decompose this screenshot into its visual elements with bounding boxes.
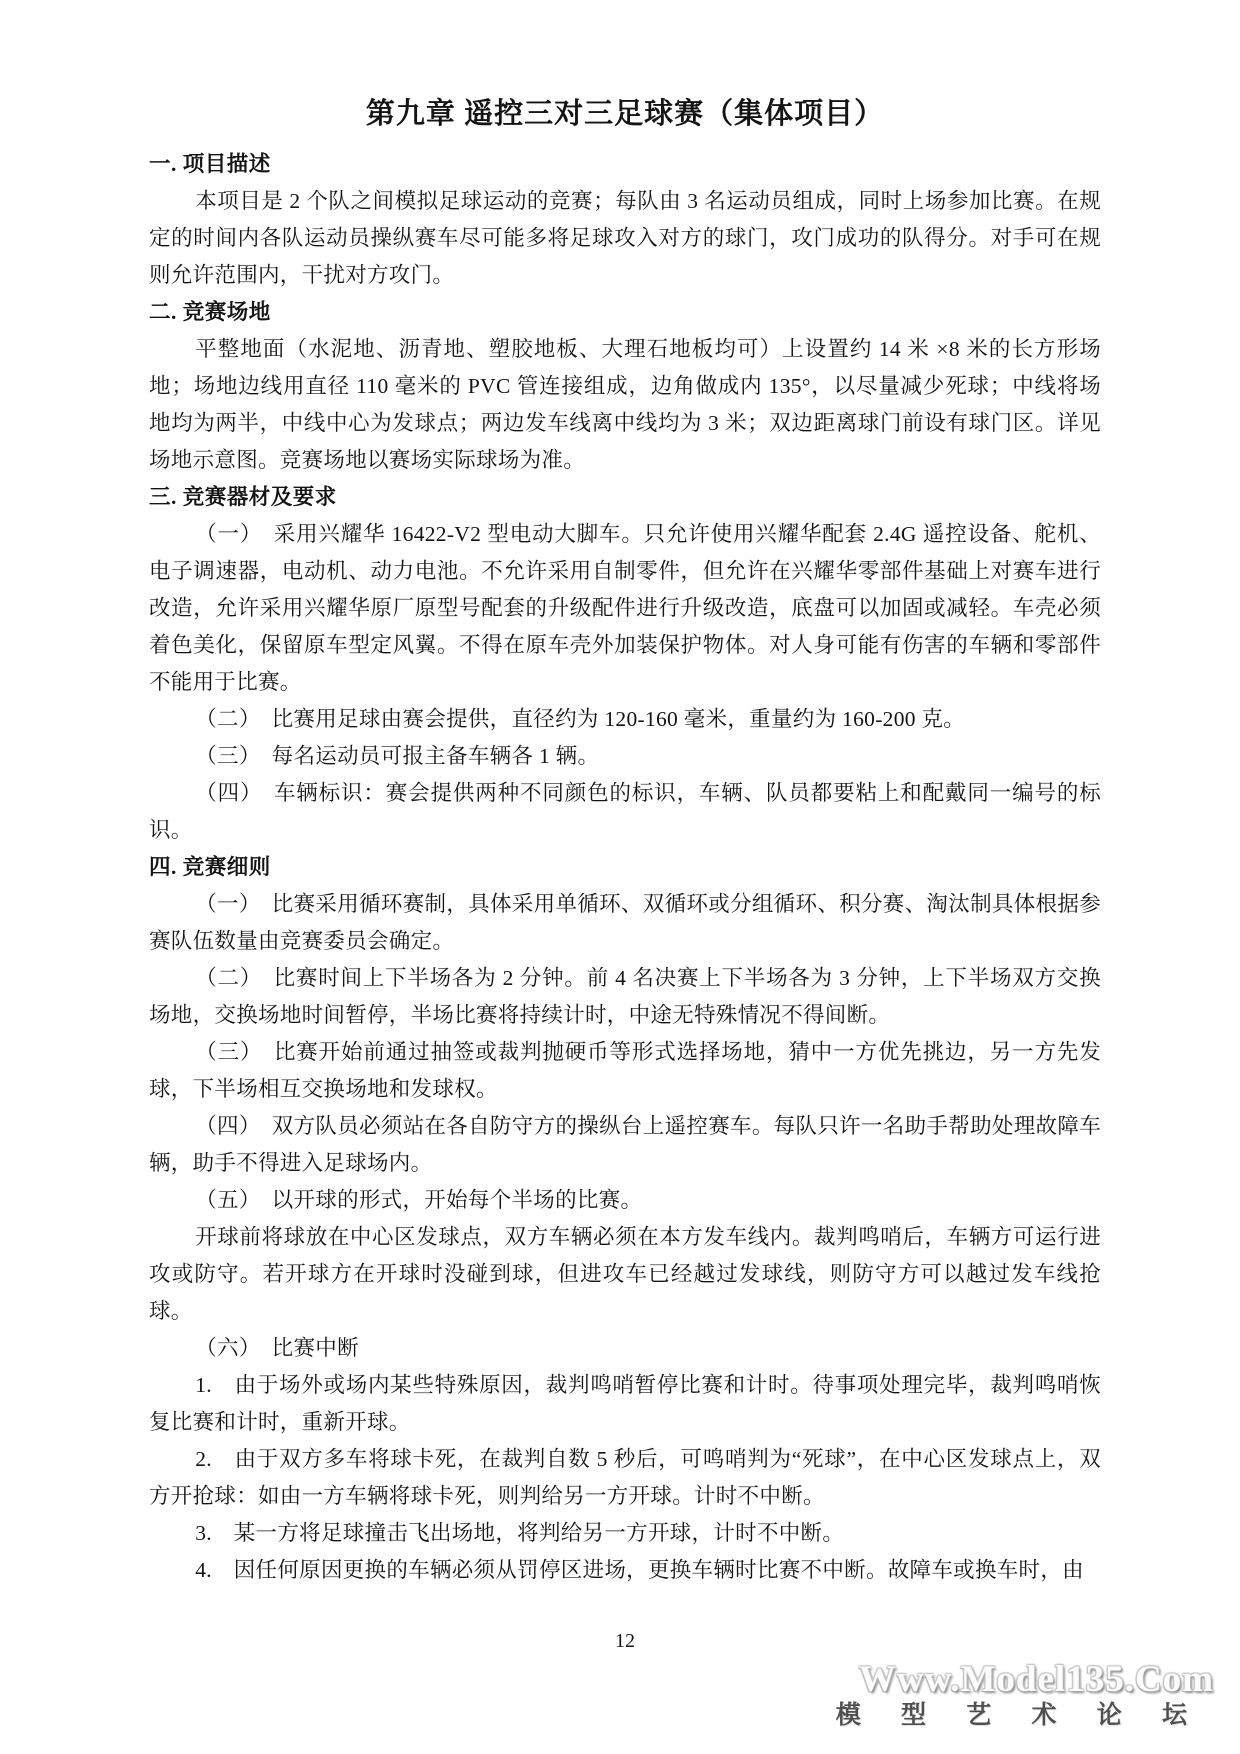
- list-item: （四） 双方队员必须站在各自防守方的操纵台上遥控赛车。每队只许一名助手帮助处理故…: [149, 1108, 1101, 1182]
- section-4-heading: 四. 竞赛细则: [149, 849, 1101, 886]
- section-project-description: 一. 项目描述 本项目是 2 个队之间模拟足球运动的竞赛；每队由 3 名运动员组…: [149, 146, 1101, 294]
- paragraph: 开球前将球放在中心区发球点，双方车辆必须在本方发车线内。裁判鸣哨后，车辆方可运行…: [149, 1219, 1101, 1330]
- chapter-title: 第九章 遥控三对三足球赛（集体项目）: [149, 90, 1101, 138]
- paragraph: 平整地面（水泥地、沥青地、塑胶地板、大理石地板均可）上设置约 14 米 ×8 米…: [149, 331, 1101, 479]
- document-body: 第九章 遥控三对三足球赛（集体项目） 一. 项目描述 本项目是 2 个队之间模拟…: [149, 90, 1101, 1589]
- watermark: Www.Model135.Com 模 型 艺 术 论 坛: [836, 1660, 1214, 1730]
- sub-list-item: 4. 因任何原因更换的车辆必须从罚停区进场，更换车辆时比赛不中断。故障车或换车时…: [149, 1552, 1101, 1589]
- list-item: （六） 比赛中断: [149, 1330, 1101, 1367]
- section-competition-rules: 四. 竞赛细则 （一） 比赛采用循环赛制，具体采用单循环、双循环或分组循环、积分…: [149, 849, 1101, 1589]
- watermark-forum-name: 模 型 艺 术 论 坛: [836, 1702, 1204, 1730]
- section-1-heading: 一. 项目描述: [149, 146, 1101, 183]
- sub-list-item: 2. 由于双方多车将球卡死，在裁判自数 5 秒后，可鸣哨判为“死球”，在中心区发…: [149, 1441, 1101, 1515]
- list-item: （四） 车辆标识：赛会提供两种不同颜色的标识，车辆、队员都要粘上和配戴同一编号的…: [149, 775, 1101, 849]
- sub-list-item: 3. 某一方将足球撞击飞出场地，将判给另一方开球，计时不中断。: [149, 1515, 1101, 1552]
- list-item: （一） 比赛采用循环赛制，具体采用单循环、双循环或分组循环、积分赛、淘汰制具体根…: [149, 886, 1101, 960]
- sub-list-item: 1. 由于场外或场内某些特殊原因，裁判鸣哨暂停比赛和计时。待事项处理完毕，裁判鸣…: [149, 1367, 1101, 1441]
- page-number: 12: [149, 1628, 1101, 1654]
- watermark-site-url: Www.Model135.Com: [836, 1660, 1214, 1700]
- list-item: （五） 以开球的形式，开始每个半场的比赛。: [149, 1182, 1101, 1219]
- section-3-heading: 三. 竞赛器材及要求: [149, 479, 1101, 516]
- list-item: （二） 比赛时间上下半场各为 2 分钟。前 4 名决赛上下半场各为 3 分钟，上…: [149, 960, 1101, 1034]
- list-item: （一） 采用兴耀华 16422-V2 型电动大脚车。只允许使用兴耀华配套 2.4…: [149, 516, 1101, 701]
- list-item: （三） 比赛开始前通过抽签或裁判抛硬币等形式选择场地，猜中一方优先挑边，另一方先…: [149, 1034, 1101, 1108]
- paragraph: 本项目是 2 个队之间模拟足球运动的竞赛；每队由 3 名运动员组成，同时上场参加…: [149, 183, 1101, 294]
- list-item: （二） 比赛用足球由赛会提供，直径约为 120-160 毫米，重量约为 160-…: [149, 701, 1101, 738]
- list-item: （三） 每名运动员可报主备车辆各 1 辆。: [149, 738, 1101, 775]
- section-equipment-requirements: 三. 竞赛器材及要求 （一） 采用兴耀华 16422-V2 型电动大脚车。只允许…: [149, 479, 1101, 849]
- section-2-heading: 二. 竞赛场地: [149, 294, 1101, 331]
- section-competition-field: 二. 竞赛场地 平整地面（水泥地、沥青地、塑胶地板、大理石地板均可）上设置约 1…: [149, 294, 1101, 479]
